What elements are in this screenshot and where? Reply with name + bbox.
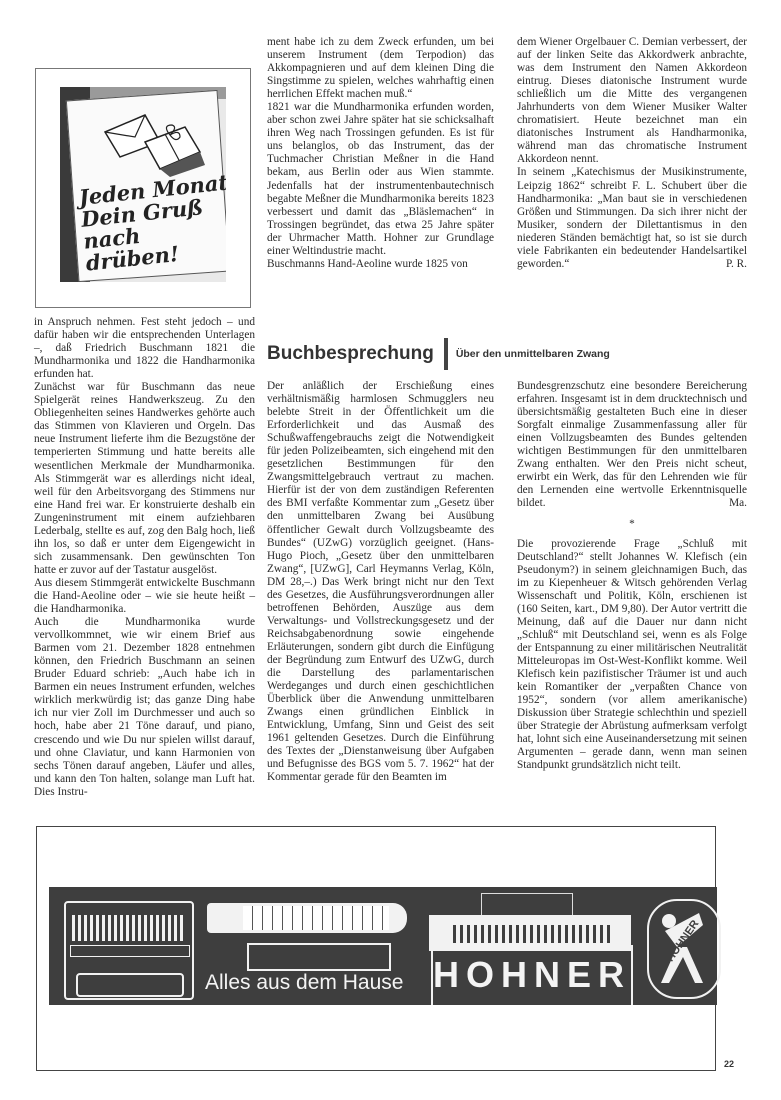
accordion-icon — [64, 901, 194, 1000]
book-review-column-2: Der anläßlich der Erschießung eines verh… — [267, 380, 494, 784]
hohner-advertisement: Alles aus dem Hause HOHNER HOHNER — [36, 826, 716, 1071]
author-signature: P. R. — [726, 258, 747, 271]
harmonica-icon — [247, 943, 391, 971]
paragraph: ment habe ich zu dem Zweck erfunden, um … — [267, 36, 494, 101]
book-review-column-3: Bundesgrenzschutz eine besondere Bereich… — [517, 380, 747, 772]
melodica-icon — [207, 903, 407, 933]
accordion-base — [76, 973, 184, 997]
review-paragraph: Bundesgrenzschutz eine besondere Bereich… — [517, 380, 747, 510]
brand-name: HOHNER — [433, 954, 631, 996]
melodica-keys — [243, 906, 389, 930]
paragraph: dem Wiener Orgelbauer C. Demian verbesse… — [517, 36, 747, 166]
review-text: Bundesgrenzschutz eine besondere Bereich… — [517, 380, 747, 509]
article-column-1: in Anspruch nehmen. Fest steht jedoch – … — [34, 316, 255, 799]
envelope-and-gift-icon — [100, 107, 210, 177]
illustration-caption: Jeden Monat Dein Gruß nach drüben! — [78, 171, 226, 274]
paragraph: Buschmanns Hand-Aeoline wurde 1825 von — [267, 258, 494, 271]
organ-music-stand — [481, 893, 573, 917]
section-separator: * — [517, 518, 747, 531]
ad-band: Alles aus dem Hause HOHNER HOHNER — [49, 887, 717, 1005]
greeting-illustration: Jeden Monat Dein Gruß nach drüben! — [35, 68, 251, 308]
article-column-3: dem Wiener Orgelbauer C. Demian verbesse… — [517, 36, 747, 271]
hohner-logo-icon: HOHNER — [647, 899, 721, 999]
section-title: Buchbesprechung — [267, 343, 434, 365]
reviewer-signature: Ma. — [729, 497, 747, 510]
organ-keys — [449, 925, 611, 943]
paragraph: Auch die Mundharmonika wurde vervollkomm… — [34, 616, 255, 799]
section-subtitle: Über den unmittelbaren Zwang — [456, 348, 610, 360]
accordion-keys — [72, 915, 184, 941]
illustration-artwork: Jeden Monat Dein Gruß nach drüben! — [60, 87, 226, 282]
paragraph: Der anläßlich der Erschießung eines verh… — [267, 380, 494, 784]
ad-slogan: Alles aus dem Hause — [205, 971, 403, 995]
section-heading: Buchbesprechung Über den unmittelbaren Z… — [267, 336, 610, 372]
article-column-2: ment habe ich zu dem Zweck erfunden, um … — [267, 36, 494, 271]
paragraph: Zunächst war für Buschmann das neue Spie… — [34, 381, 255, 577]
accordion-bellows — [70, 945, 190, 957]
paragraph-text: In seinem „Katechismus der Musikinstrume… — [517, 166, 747, 269]
heading-divider — [444, 338, 448, 370]
brand-box: HOHNER — [431, 945, 633, 1005]
paragraph: in Anspruch nehmen. Fest steht jedoch – … — [34, 316, 255, 381]
paragraph: 1821 war die Mundharmonika erfunden word… — [267, 101, 494, 258]
page-number: 22 — [724, 1059, 734, 1069]
electronic-organ-icon — [429, 893, 631, 937]
paragraph: Aus diesem Stimmgerät entwickelte Buschm… — [34, 577, 255, 616]
review-paragraph: Die provozierende Frage „Schluß mit Deut… — [517, 538, 747, 773]
paragraph: In seinem „Katechismus der Musikinstrume… — [517, 166, 747, 270]
